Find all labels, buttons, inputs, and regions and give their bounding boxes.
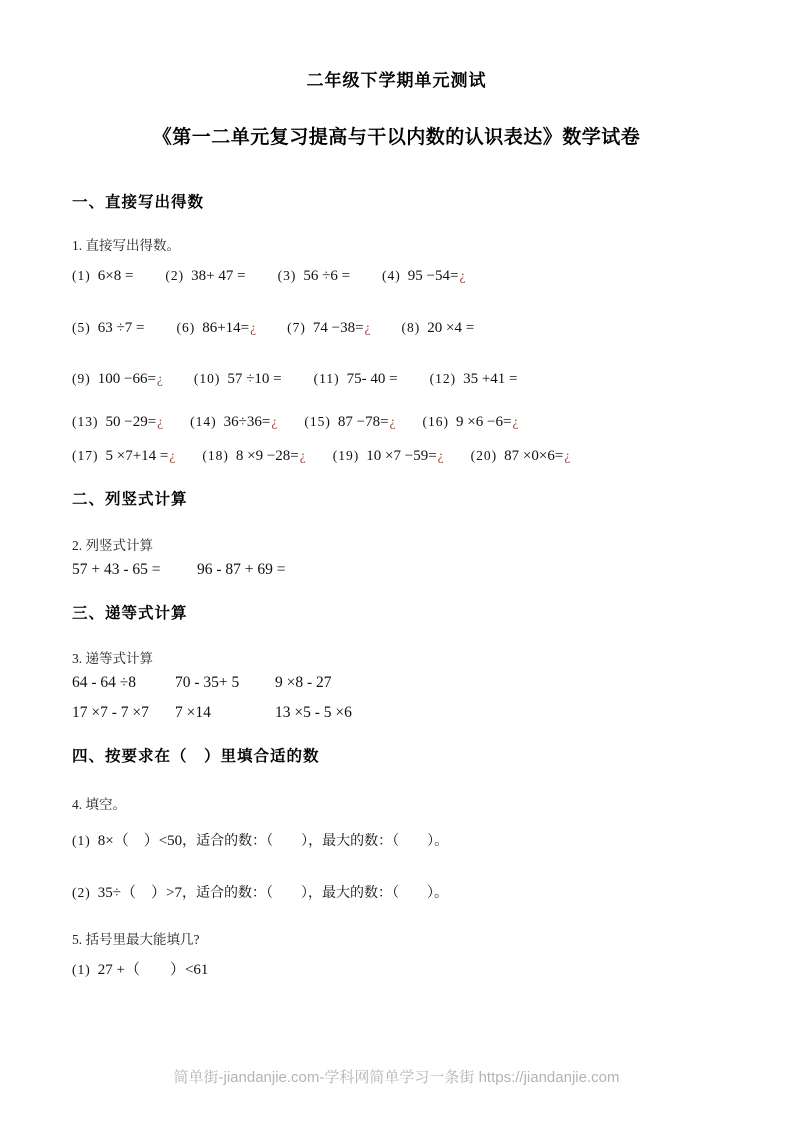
unknown-mark: ¿ [564, 448, 570, 463]
problem-row-5: (17)5 ×7+14 =¿ (18)8 ×9 −28=¿ (19)10 ×7 … [72, 448, 570, 465]
problem-number: (1) [72, 962, 91, 977]
fill-blank-item-1: (1)8×（ ）<50，适合的数：（ ），最大的数：（ ）。 [72, 829, 448, 850]
expression: 10 ×7 −59= [366, 448, 436, 464]
stepwise-row-2: 17 ×7 - 7 ×7 7 ×14 13 ×5 - 5 ×6 [72, 704, 352, 722]
problem-number: (11) [314, 371, 340, 386]
problem-3: (3)56 ÷6 = [278, 268, 351, 285]
unknown-mark: ¿ [512, 414, 518, 429]
expression: 20 ×4 = [427, 320, 474, 336]
section2-heading: 二、列竖式计算 [72, 487, 188, 509]
unknown-mark: ¿ [390, 414, 396, 429]
expression: 9 ×6 −6= [456, 414, 511, 430]
expression: 96 - 87 + 69 = [197, 561, 286, 579]
problem-row-2: (5)63 ÷7 = (6)86+14=¿ (7)74 −38=¿ (8)20 … [72, 320, 475, 337]
problem-19: (19)10 ×7 −59=¿ [333, 448, 444, 465]
expression: 64 - 64 ÷8 [72, 674, 175, 692]
unknown-mark: ¿ [459, 268, 465, 283]
problem-5: (5)63 ÷7 = [72, 320, 145, 337]
unknown-mark: ¿ [271, 414, 277, 429]
expression: 35÷（ ）>7 [98, 885, 182, 901]
problem-number: (20) [471, 448, 498, 463]
unknown-mark: ¿ [365, 320, 371, 335]
unknown-mark: ¿ [300, 448, 306, 463]
problem-17: (17)5 ×7+14 =¿ [72, 448, 175, 465]
question4-label: 4. 填空。 [72, 793, 126, 813]
problem-number: (16) [423, 414, 450, 429]
expression: 36÷36= [224, 414, 271, 430]
problem-18: (18)8 ×9 −28=¿ [202, 448, 305, 465]
stepwise-row-1: 64 - 64 ÷8 70 - 35+ 5 9 ×8 - 27 [72, 674, 332, 692]
unknown-mark: ¿ [157, 371, 163, 386]
problem-6: (6)86+14=¿ [176, 320, 256, 337]
vertical-calc-row: 57 + 43 - 65 = 96 - 87 + 69 = [72, 561, 286, 579]
problem-number: (13) [72, 414, 99, 429]
problem-number: (2) [72, 885, 91, 900]
expression: 17 ×7 - 7 ×7 [72, 704, 175, 722]
problem-15: (15)87 −78=¿ [304, 414, 395, 431]
problem-number: (8) [402, 320, 421, 335]
page-subtitle: 《第一二单元复习提高与干以内数的认识表达》数学试卷 [0, 122, 793, 149]
expression: 70 - 35+ 5 [175, 674, 275, 692]
expression: 86+14= [202, 320, 249, 336]
section3-heading: 三、递等式计算 [72, 601, 188, 623]
problem-number: (7) [287, 320, 306, 335]
problem-2: (2)38+ 47 = [165, 268, 246, 285]
problem-4: (4)95 −54=¿ [382, 268, 465, 285]
problem-1: (1)6×8 = [72, 268, 134, 285]
problem-12: (12)35 +41 = [430, 371, 519, 388]
expression: 27 +（ ）<61 [98, 962, 209, 978]
expression: 8 ×9 −28= [236, 448, 299, 464]
expression: 50 −29= [106, 414, 157, 430]
problem-20: (20)87 ×0×6=¿ [471, 448, 571, 465]
unknown-mark: ¿ [250, 320, 256, 335]
problem-16: (16)9 ×6 −6=¿ [423, 414, 519, 431]
unknown-mark: ¿ [157, 414, 163, 429]
problem-number: (19) [333, 448, 360, 463]
problem-number: (1) [72, 833, 91, 848]
expression: 8×（ ）<50 [98, 833, 182, 849]
expression: 5 ×7+14 = [106, 448, 169, 464]
expression: 56 ÷6 = [303, 268, 350, 284]
expression: 38+ 47 = [191, 268, 245, 284]
expression: 9 ×8 - 27 [275, 674, 332, 692]
expression: 57 ÷10 = [227, 371, 281, 387]
question3-label: 3. 递等式计算 [72, 647, 153, 667]
question1-label: 1. 直接写出得数。 [72, 234, 180, 254]
expression: 87 ×0×6= [504, 448, 563, 464]
section1-heading: 一、直接写出得数 [72, 190, 204, 212]
problem-11: (11)75- 40 = [314, 371, 399, 388]
footer-watermark: 简单街-jiandanjie.com-学科网简单学习一条街 https://ji… [0, 1066, 793, 1087]
problem-number: (9) [72, 371, 91, 386]
expression: 100 −66= [98, 371, 156, 387]
page-title: 二年级下学期单元测试 [0, 66, 793, 91]
problem-8: (8)20 ×4 = [402, 320, 476, 337]
problem-7: (7)74 −38=¿ [287, 320, 370, 337]
problem-number: (2) [165, 268, 184, 283]
expression: 57 + 43 - 65 = [72, 561, 197, 579]
problem-number: (3) [278, 268, 297, 283]
worksheet-page: 二年级下学期单元测试 《第一二单元复习提高与干以内数的认识表达》数学试卷 一、直… [0, 0, 793, 1122]
problem-row-1: (1)6×8 = (2)38+ 47 = (3)56 ÷6 = (4)95 −5… [72, 268, 465, 285]
expression: 63 ÷7 = [98, 320, 145, 336]
problem-number: (4) [382, 268, 401, 283]
fill-instruction: ，适合的数：（ ），最大的数：（ ）。 [182, 886, 448, 901]
problem-10: (10)57 ÷10 = [194, 371, 283, 388]
expression: 13 ×5 - 5 ×6 [275, 704, 352, 722]
problem-number: (10) [194, 371, 221, 386]
problem-row-4: (13)50 −29=¿ (14)36÷36=¿ (15)87 −78=¿ (1… [72, 414, 518, 431]
max-fill-item: (1)27 +（ ）<61 [72, 958, 208, 979]
problem-number: (6) [176, 320, 195, 335]
unknown-mark: ¿ [438, 448, 444, 463]
expression: 95 −54= [408, 268, 459, 284]
problem-number: (15) [304, 414, 331, 429]
problem-number: (1) [72, 268, 91, 283]
problem-number: (14) [190, 414, 217, 429]
expression: 87 −78= [338, 414, 389, 430]
problem-9: (9)100 −66=¿ [72, 371, 163, 388]
expression: 6×8 = [98, 268, 134, 284]
expression: 35 +41 = [463, 371, 517, 387]
expression: 75- 40 = [347, 371, 398, 387]
expression: 74 −38= [313, 320, 364, 336]
problem-number: (12) [430, 371, 457, 386]
problem-14: (14)36÷36=¿ [190, 414, 277, 431]
problem-13: (13)50 −29=¿ [72, 414, 163, 431]
question2-label: 2. 列竖式计算 [72, 534, 153, 554]
problem-number: (5) [72, 320, 91, 335]
unknown-mark: ¿ [169, 448, 175, 463]
question5-label: 5. 括号里最大能填几? [72, 928, 200, 948]
problem-row-3: (9)100 −66=¿ (10)57 ÷10 = (11)75- 40 = (… [72, 371, 519, 388]
fill-instruction: ，适合的数：（ ），最大的数：（ ）。 [182, 834, 448, 849]
expression: 7 ×14 [175, 704, 275, 722]
problem-number: (17) [72, 448, 99, 463]
fill-blank-item-2: (2)35÷（ ）>7，适合的数：（ ），最大的数：（ ）。 [72, 881, 448, 902]
section4-heading: 四、按要求在（ ）里填合适的数 [72, 744, 320, 766]
problem-number: (18) [202, 448, 229, 463]
